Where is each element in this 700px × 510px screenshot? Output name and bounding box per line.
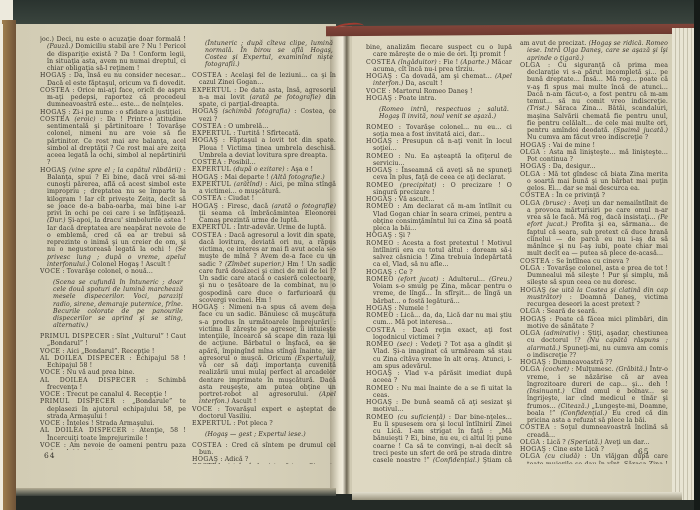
dialogue-line: ROMEO : Acesta a fost pretextul ! Motivu… xyxy=(366,240,512,269)
dialogue-line: HOGAŞ : Da, desigur... xyxy=(520,163,668,170)
dialogue-line: COSTEA : Ciudat ! xyxy=(192,195,336,202)
speaker-name: HOGAŞ xyxy=(366,305,392,312)
dialogue-line: HOGAŞ : Vă ascult... xyxy=(366,196,512,203)
dialogue-line: ROMEO (efort jucat) : Adulterul... (Greu… xyxy=(366,276,512,305)
speaker-name: HOGAŞ xyxy=(520,142,546,149)
speaker-name: AL DOILEA DISPECER xyxy=(40,355,125,362)
dialogue-line: PRIMUL DISPECER : Sînt „Vulturul” ! Caut… xyxy=(40,333,186,348)
dialogue-line: VOCE : Tovarăşe colonel, o nouă... xyxy=(40,268,186,275)
dialogue-line: COSTEA : Orice mi-aţi face, oricît de as… xyxy=(40,87,186,109)
speaker-name: OLGA xyxy=(520,200,540,207)
dialogue-line: VOCE : Am nevoie de oameni pentru paza c… xyxy=(40,442,186,450)
speaker-name: COSTEA xyxy=(366,59,396,66)
dialogue-line: HOGAŞ : De bună seamă că aţi sesizat şi … xyxy=(366,399,512,414)
speaker-name: EXPERTUL xyxy=(192,166,231,173)
speaker-name: HOGAŞ xyxy=(192,174,218,181)
dialogue-line: COSTEA : Dacă agresorul a lovit din spat… xyxy=(192,232,336,305)
book-cover-left-edge xyxy=(2,20,16,510)
book-photo: joc.) Deci, nu este o acuzaţie doar form… xyxy=(0,0,700,510)
speaker-name: ROMEO xyxy=(366,276,394,283)
speaker-name: HOGAŞ xyxy=(366,399,392,406)
speaker-name: HOGAŞ xyxy=(40,167,66,174)
dialogue-line: HOGAŞ : Ce ? xyxy=(366,269,512,276)
speaker-name: VOCE xyxy=(40,391,60,398)
dialogue-line: bine, analizăm fiecare suspect cu o lupă… xyxy=(366,44,512,59)
dialogue-line: HOGAŞ : Poate intra. xyxy=(366,95,512,102)
speaker-name: ROMEO xyxy=(366,153,394,160)
left-page-column-1: joc.) Deci, nu este o acuzaţie doar form… xyxy=(40,36,186,450)
dialogue-line: EXPERTUL (după o ezitare) : Aşa e ! xyxy=(192,166,336,173)
speaker-name: AL DOILEA DISPECER xyxy=(40,427,127,434)
dialogue-line: COSTEA : Posibil... xyxy=(192,159,336,166)
dialogue-line: COSTEA : Dacă reţin exact, aţi fost logo… xyxy=(366,327,512,342)
speaker-name: OLGA xyxy=(520,62,540,69)
speaker-name: COSTEA xyxy=(192,463,222,464)
speaker-name: HOGAŞ xyxy=(192,108,218,115)
speaker-name: COSTEA xyxy=(192,159,222,166)
dialogue-line: EXPERTUL : De data asta, însă, agresorul… xyxy=(192,87,336,109)
speaker-name: ROMEO xyxy=(366,182,394,189)
dialogue-line: OLGA : Lică ? (Speriată.) Aveţi un dar..… xyxy=(520,439,668,446)
dialogue-line: COSTEA (îngăduitor) : Fie ! (Aparte.) Mă… xyxy=(366,59,512,74)
speaker-name: HOGAŞ xyxy=(520,163,546,170)
dialogue-line: ROMEO (cu suficienţă) : Dar bine-nţeles.… xyxy=(366,414,512,465)
dialogue-line: HOGAŞ : Presupun că n-aţi venit în locul… xyxy=(366,138,512,153)
right-page-column-1: bine, analizăm fiecare suspect cu o lupă… xyxy=(366,44,512,464)
dialogue-line: EXPERTUL : Pot pleca ? xyxy=(192,420,336,427)
speaker-name: OLGA xyxy=(520,366,540,373)
speaker-name: COSTEA xyxy=(520,424,550,431)
speaker-name: COSTEA xyxy=(520,192,550,199)
dialogue-line: VOCE : Martorul Romeo Daneş ! xyxy=(366,88,512,95)
dialogue-line: COSTEA : Se întîlnea cu cineva ? xyxy=(520,258,668,265)
dialogue-line: HOGAŞ : Vlad v-a părăsit imediat după ac… xyxy=(366,370,512,385)
dialogue-line: HOGAŞ : Numele ! xyxy=(366,305,512,312)
speaker-name: ROMEO xyxy=(366,203,394,210)
speaker-name: COSTEA xyxy=(192,72,222,79)
speaker-name: HOGAŞ xyxy=(366,232,392,239)
dialogue-line: HOGAŞ (se uită la Costea şi clatină din … xyxy=(520,287,668,309)
speaker-name: COSTEA xyxy=(40,87,70,94)
dialogue-line: COSTEA : Soţul dumneavoastră înclină să … xyxy=(520,424,668,439)
speaker-name: HOGAŞ xyxy=(192,304,218,311)
speaker-name: HOGAŞ xyxy=(366,73,392,80)
page-stack-edge xyxy=(672,28,696,500)
dialogue-line: OLGA : Asta mă linişteşte... mă linişteş… xyxy=(520,149,668,164)
dialogue-line: OLGA (admirativ) : Ştiţi, aşadar, chesti… xyxy=(520,330,668,359)
dialogue-line: VOCE : Aici „Bondarul”. Recepţie ! xyxy=(40,348,186,355)
speaker-name: HOGAŞ xyxy=(366,370,392,377)
dialogue-line: PRIMUL DISPECER : „Bondarule” te deplase… xyxy=(40,398,186,420)
dialogue-line: joc.) Deci, nu este o acuzaţie doar form… xyxy=(40,36,186,72)
dialogue-line: EXPERTUL : Turtită ! Sfîrtecată. xyxy=(192,130,336,137)
speaker-name: ROMEO xyxy=(366,414,394,421)
stage-direction: (Întuneric ; după cîteva clipe, lumină n… xyxy=(192,40,336,69)
speaker-name: ROMEO xyxy=(366,341,394,348)
speaker-name: OLGA xyxy=(520,171,540,178)
dialogue-line: VOCE : Înţeles ! Strada Armaşului. xyxy=(40,420,186,427)
speaker-name: OLGA xyxy=(520,453,540,460)
speaker-name: OLGA xyxy=(520,439,540,446)
book-edge-right xyxy=(694,0,700,510)
speaker-name: VOCE xyxy=(40,268,60,275)
speaker-name: PRIMUL DISPECER xyxy=(40,333,110,340)
left-page-column-2: (Întuneric ; după cîteva clipe, lumină n… xyxy=(192,36,336,464)
dialogue-line: ROMEO : Nu mai înainte de a se fi uitat … xyxy=(366,385,512,400)
speaker-name: VOCE xyxy=(40,420,60,427)
speaker-name: AL DOILEA DISPECER xyxy=(40,377,136,384)
right-page-column-2: am avut de precizat. (Hogaş se ridică. R… xyxy=(520,40,668,464)
speaker-name: HOGAŞ xyxy=(366,269,392,276)
speaker-name: EXPERTUL xyxy=(192,181,231,188)
speaker-name: COSTEA xyxy=(192,442,222,449)
dialogue-line: HOGAŞ : Vai de mine ! xyxy=(520,142,668,149)
speaker-name: COSTEA xyxy=(192,195,222,202)
dialogue-line: COSTEA (eroic) : Da ! Printr-o atitudine… xyxy=(40,116,186,167)
speaker-name: VOCE xyxy=(366,88,386,95)
page-number-right: 65 xyxy=(638,447,650,456)
dialogue-line: am avut de precizat. (Hogaş se ridică. R… xyxy=(520,40,668,62)
speaker-name: HOGAŞ xyxy=(40,72,66,79)
speaker-name: HOGAŞ xyxy=(192,137,218,144)
speaker-name: OLGA xyxy=(520,308,540,315)
dialogue-line: ROMEO (precipitat) : O precizare ! O sin… xyxy=(366,182,512,197)
dialogue-line: HOGAŞ (vine spre el ; la capătul răbdări… xyxy=(40,167,186,269)
dialogue-line: ROMEO : Lică... da, da, Lică dar nu mai … xyxy=(366,312,512,327)
speaker-name: PRIMUL DISPECER xyxy=(40,398,115,405)
dialogue-line: COSTEA : În ce privinţă ? xyxy=(520,192,668,199)
speaker-name: HOGAŞ xyxy=(366,196,392,203)
speaker-name: COSTEA xyxy=(192,123,222,130)
page-bottom-shadow xyxy=(16,488,336,496)
dialogue-line: HOGAŞ : Poate că făcea mici plimbări, di… xyxy=(520,316,668,331)
dialogue-line: AL DOILEA DISPECER : Schimbă frecvenţa ! xyxy=(40,377,186,392)
speaker-name: OLGA xyxy=(520,265,540,272)
speaker-name: COSTEA xyxy=(366,327,396,334)
speaker-name: HOGAŞ xyxy=(192,456,218,463)
speaker-name: ROMEO xyxy=(366,312,394,319)
dialogue-line: COSTEA : O umbrelă... xyxy=(192,123,336,130)
dialogue-line: OLGA (brusc) : Aveţi un dar nemaiîntîlni… xyxy=(520,200,668,258)
page-edge-left xyxy=(0,24,3,510)
speaker-name: HOGAŞ xyxy=(366,167,392,174)
dialogue-line: VOCE : Trecut pe canalul 4. Recepţie ! xyxy=(40,391,186,398)
speaker-name: HOGAŞ xyxy=(192,203,218,210)
dialogue-line: HOGAŞ : Ca dovadă, am şi chemat... (Apel… xyxy=(366,73,512,88)
speaker-name: ROMEO xyxy=(366,385,394,392)
speaker-name: HOGAŞ xyxy=(366,95,392,102)
speaker-name: VOCE xyxy=(192,406,212,413)
dialogue-line: COSTEA (strîngînd nişte fotografii, acte… xyxy=(192,463,336,464)
speaker-name: VOCE xyxy=(40,369,60,376)
dialogue-line: HOGAŞ : Da, însă eu nu consider necesar.… xyxy=(40,72,186,87)
dialogue-line: EXPERTUL (arătînd) : Aici, pe mîna stîng… xyxy=(192,181,336,196)
dialogue-line: VOCE : Tovarăşul expert e aşteptat de do… xyxy=(192,406,336,421)
page-bottom-edge xyxy=(352,492,682,500)
stage-direction: (Romeo intră, respectuos ; salută. Hogaş… xyxy=(366,106,512,121)
dialogue-line: HOGAŞ : Făptaşul a lovit tot din spate. … xyxy=(192,137,336,159)
dialogue-line: OLGA : Seară de seară. xyxy=(520,308,668,315)
dialogue-line: HOGAŞ : Şi ? xyxy=(366,232,512,239)
dialogue-line: AL DOILEA DISPECER : Atenţie, 58 ! Încer… xyxy=(40,427,186,442)
speaker-name: VOCE xyxy=(40,348,60,355)
speaker-name: OLGA xyxy=(520,330,540,337)
speaker-name: EXPERTUL xyxy=(192,130,231,137)
dialogue-line: HOGAŞ : Zi-i pe nume : o sfidare a justi… xyxy=(40,109,186,116)
page-number-left: 64 xyxy=(44,451,56,460)
dialogue-line: OLGA (cochet) : Mulţumesc. (Grăbită.) În… xyxy=(520,366,668,424)
dialogue-line: VOCE : Nu vă aud prea bine. xyxy=(40,369,186,376)
dialogue-line: AL DOILEA DISPECER : Echipajul 58 ! Echi… xyxy=(40,355,186,370)
speaker-name: HOGAŞ xyxy=(40,109,66,116)
speaker-name: ROMEO xyxy=(366,240,394,247)
dialogue-line: COSTEA : Acelaşi fel de leziuni... ca şi… xyxy=(192,72,336,87)
speaker-name: COSTEA xyxy=(192,232,222,239)
speaker-name: OLGA xyxy=(520,149,540,156)
speaker-name: HOGAŞ xyxy=(366,138,392,145)
stage-direction: (Hogaş — gest ; Expertul iese.) xyxy=(192,431,336,438)
speaker-name: EXPERTUL xyxy=(192,420,231,427)
dialogue-line: ROMEO : Tovarăşe colonel... nu eu... ci … xyxy=(366,124,512,139)
dialogue-line: HOGAŞ : Firesc, dacă (arată o fotografie… xyxy=(192,203,336,225)
dialogue-line: ROMEO : Nu. Ea aşteaptă la ofiţerul de s… xyxy=(366,153,512,168)
dialogue-line: HOGAŞ : Nimeni n-a spus că avem de-a fac… xyxy=(192,304,336,406)
speaker-name: COSTEA xyxy=(520,258,550,265)
speaker-name: ROMEO xyxy=(366,124,394,131)
dialogue-line: OLGA : Mă tot gîndesc că biata Zina meri… xyxy=(520,171,668,193)
dialogue-line: HOGAŞ (schimbă fotografia) : Costea, ce … xyxy=(192,108,336,123)
dialogue-line: EXPERTUL : Într-adevăr. Urme de luptă. xyxy=(192,224,336,231)
speaker-name: HOGAŞ xyxy=(520,446,546,453)
dialogue-line: ROMEO (sec) : Vedeţi ? Tot aşa a gîndit … xyxy=(366,341,512,370)
dialogue-line: OLGA : Tovarăşe colonel, asta e prea de … xyxy=(520,265,668,287)
dialogue-line: COSTEA : Cred că sîntem pe drumul cel bu… xyxy=(192,442,336,457)
speaker-name: VOCE xyxy=(40,442,60,449)
speaker-name: HOGAŞ xyxy=(520,316,546,323)
dialogue-line: HOGAŞ : Dumneavoastră ?? xyxy=(520,359,668,366)
dialogue-line: OLGA : Cu siguranţă că prima mea declara… xyxy=(520,62,668,142)
dialogue-line: HOGAŞ : Înseamnă că aveţi să ne spuneţi … xyxy=(366,167,512,182)
speaker-name: EXPERTUL xyxy=(192,224,231,231)
stage-direction: (Scena se cufundă în întuneric ; doar ce… xyxy=(40,279,186,330)
speaker-name: COSTEA xyxy=(40,116,70,123)
speaker-name: EXPERTUL xyxy=(192,87,231,94)
dialogue-line: HOGAŞ : Mai departe ! (Altă fotografie.) xyxy=(192,174,336,181)
dialogue-line: ROMEO : Am declarat că m-am întîlnit cu … xyxy=(366,203,512,232)
speaker-name: HOGAŞ xyxy=(520,359,546,366)
speaker-name: HOGAŞ xyxy=(520,287,546,294)
dialogue-line: HOGAŞ : Adică ? xyxy=(192,456,336,463)
